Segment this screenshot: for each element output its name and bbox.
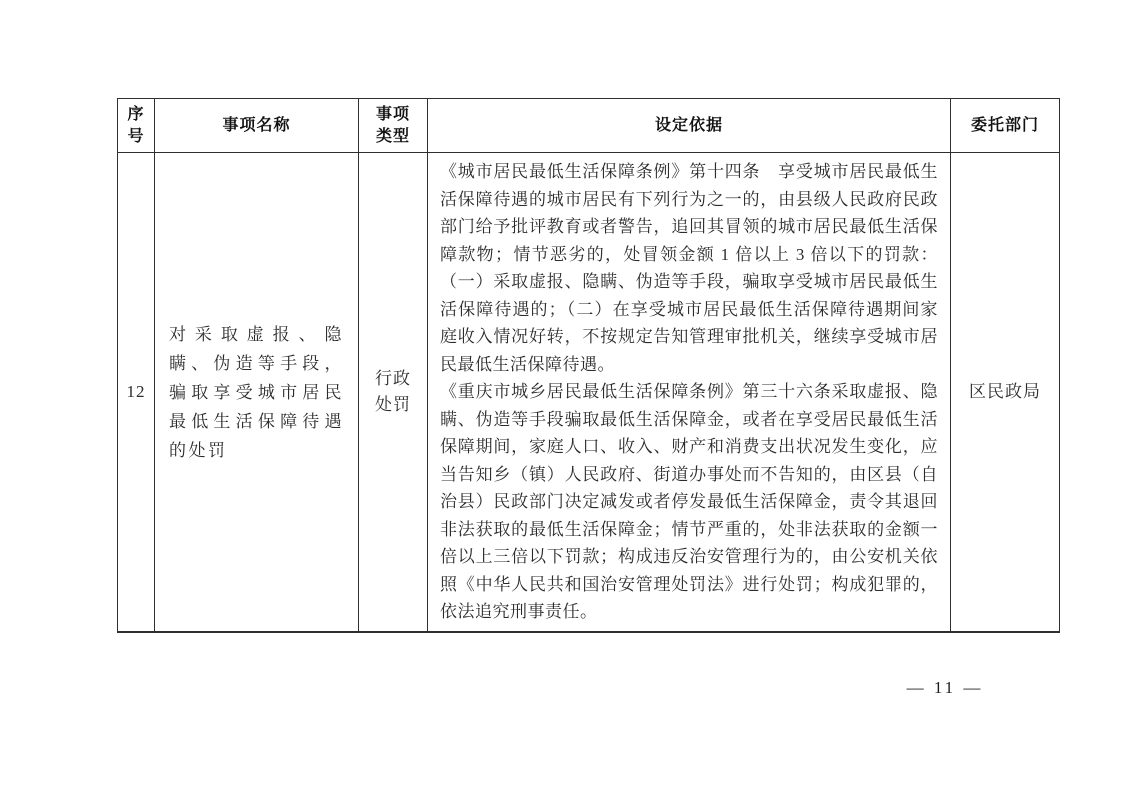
page-number: — 11 — (880, 678, 1010, 698)
header-col-serial-number: 序 号 (118, 99, 155, 153)
cell-serial-number: 12 (118, 153, 155, 633)
cell-basis: 《城市居民最低生活保障条例》第十四条 享受城市居民最低生活保障待遇的城市居民有下… (428, 153, 951, 633)
delegated-items-table: 序 号 事项名称 事项 类型 设定依据 委托部门 12 对采取虚报、隐瞒、伪造等… (117, 98, 1060, 633)
basis-paragraph: 《城市居民最低生活保障条例》第十四条 享受城市居民最低生活保障待遇的城市居民有下… (440, 158, 938, 378)
table-row: 12 对采取虚报、隐瞒、伪造等手段，骗取享受城市居民最低生活保障待遇的处罚 行政… (118, 153, 1060, 633)
document-page: 序 号 事项名称 事项 类型 设定依据 委托部门 12 对采取虚报、隐瞒、伪造等… (0, 0, 1122, 793)
header-col-item-type: 事项 类型 (359, 99, 428, 153)
cell-entrusted-department: 区民政局 (951, 153, 1060, 633)
header-col-entrusted-department: 委托部门 (951, 99, 1060, 153)
table-header-row: 序 号 事项名称 事项 类型 设定依据 委托部门 (118, 99, 1060, 153)
cell-item-type: 行政 处罚 (359, 153, 428, 633)
cell-item-name: 对采取虚报、隐瞒、伪造等手段，骗取享受城市居民最低生活保障待遇的处罚 (155, 153, 359, 633)
header-col-basis: 设定依据 (428, 99, 951, 153)
basis-paragraph: 《重庆市城乡居民最低生活保障条例》第三十六条采取虚报、隐瞒、伪造等手段骗取最低生… (440, 378, 938, 626)
header-col-item-name: 事项名称 (155, 99, 359, 153)
